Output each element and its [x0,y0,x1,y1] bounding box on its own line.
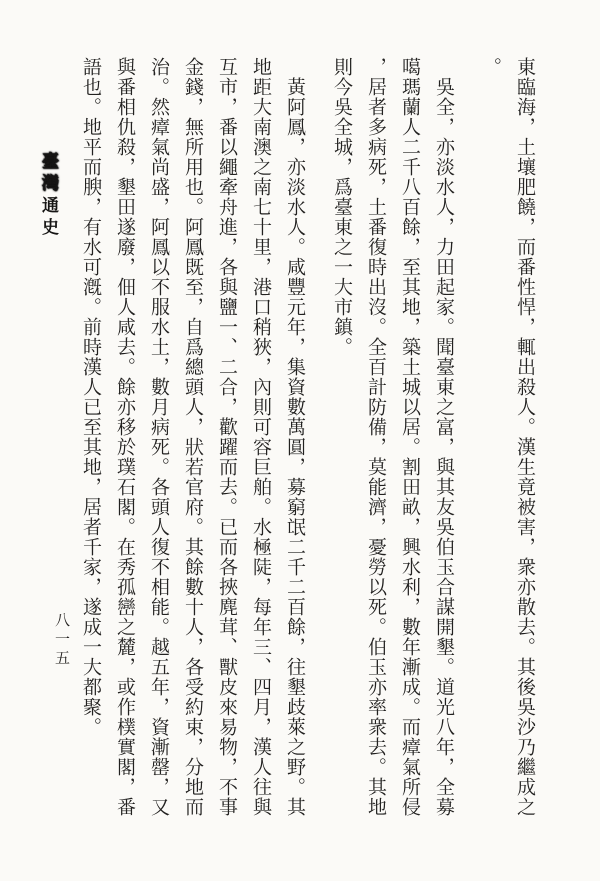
book-title-upper: 臺灣 [38,152,58,196]
text-body: 東臨海，土壤肥饒，而番性悍，輒出殺人。漢生竟被害，衆亦散去。其後吳沙乃繼成之。 … [74,57,542,819]
paragraph-huang-a-feng: 黃阿鳳，亦淡水人。咸豐元年，集資數萬圓，募窮氓二千二百餘，往墾歧萊之野。其地距大… [74,57,312,819]
book-title-lower: 通史 [38,196,58,240]
book-page: 臺灣通史 八一五 東臨海，土壤肥饒，而番性悍，輒出殺人。漢生竟被害，衆亦散去。其… [0,0,600,881]
page-number: 八一五 [52,612,73,669]
paragraph-continuation: 東臨海，土壤肥饒，而番性悍，輒出殺人。漢生竟被害，衆亦散去。其後吳沙乃繼成之。 [474,57,542,819]
paragraph-wu-quan: 吳全，亦淡水人，力田起家。聞臺東之富，與其友吳伯玉合謀開墾。道光八年，全募噶瑪蘭… [325,57,461,819]
book-title: 臺灣通史 [36,152,61,240]
